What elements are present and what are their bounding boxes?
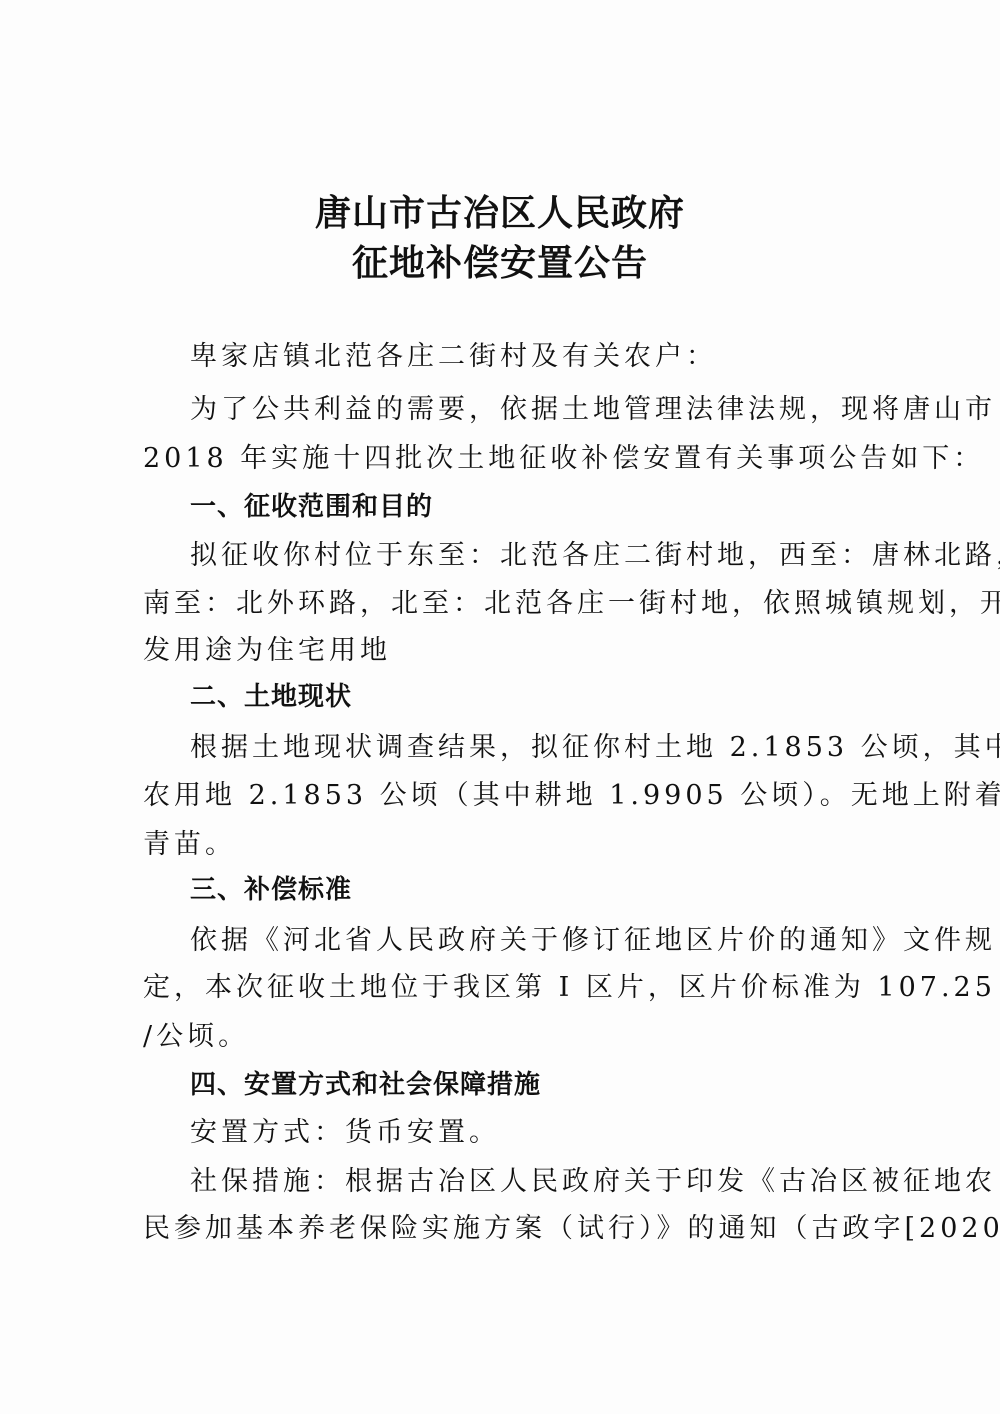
- section-3-line-1: 依据《河北省人民政府关于修订征地区片价的通知》文件规: [190, 923, 879, 959]
- document-title-line-1: 唐山市古冶区人民政府: [0, 191, 1000, 235]
- section-4-line-1: 安置方式：货币安置。: [190, 1115, 879, 1151]
- section-1-line-3: 发用途为住宅用地: [143, 633, 879, 669]
- intro-line-2: 2018 年实施十四批次土地征收补偿安置有关事项公告如下：: [143, 441, 879, 477]
- section-3-line-2: 定，本次征收土地位于我区第 I 区片，区片价标准为 107.25 万元: [143, 970, 879, 1006]
- addressee: 卑家店镇北范各庄二街村及有关农户：: [190, 339, 879, 375]
- section-4-line-2: 社保措施：根据古冶区人民政府关于印发《古冶区被征地农: [190, 1164, 879, 1200]
- section-4-heading: 四、安置方式和社会保障措施: [190, 1067, 879, 1103]
- intro-line-1: 为了公共利益的需要，依据土地管理法律法规，现将唐山市: [190, 392, 879, 428]
- section-1-line-1: 拟征收你村位于东至：北范各庄二街村地，西至：唐林北路，: [190, 538, 879, 574]
- section-2-line-1: 根据土地现状调查结果，拟征你村土地 2.1853 公顷，其中: [190, 730, 879, 766]
- section-2-line-3: 青苗。: [143, 827, 879, 863]
- section-3-heading: 三、补偿标准: [190, 872, 879, 908]
- section-2-line-2: 农用地 2.1853 公顷（其中耕地 1.9905 公顷）。无地上附着物、无: [143, 778, 879, 814]
- section-3-line-3: /公顷。: [143, 1019, 879, 1055]
- section-2-heading: 二、土地现状: [190, 679, 879, 715]
- document-page: 唐山市古冶区人民政府 征地补偿安置公告 卑家店镇北范各庄二街村及有关农户： 为了…: [0, 0, 1000, 1414]
- section-1-line-2: 南至：北外环路，北至：北范各庄一街村地，依照城镇规划，开: [143, 586, 879, 622]
- section-1-heading: 一、征收范围和目的: [190, 489, 879, 525]
- document-title-line-2: 征地补偿安置公告: [0, 241, 1000, 285]
- section-4-line-3: 民参加基本养老保险实施方案（试行）》的通知（古政字[2020]45: [143, 1211, 879, 1247]
